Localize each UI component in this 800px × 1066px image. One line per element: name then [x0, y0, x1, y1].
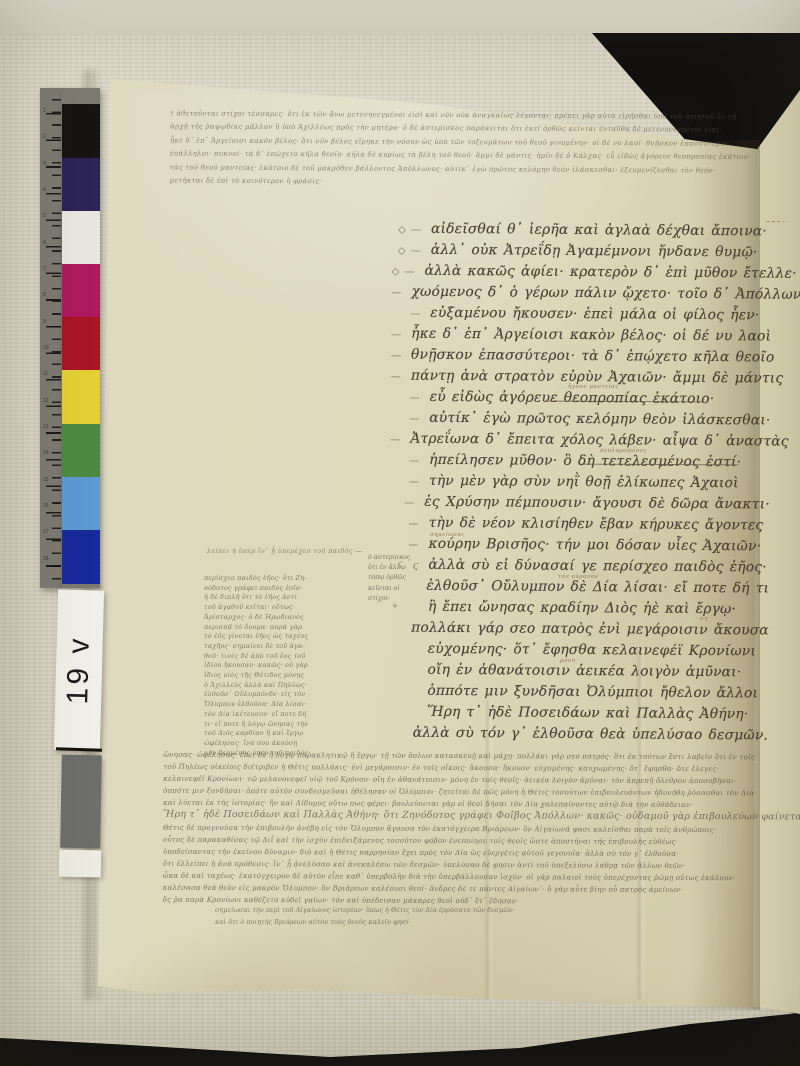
verse-line: ◇ — αἰδεῖσθαί θ᾽ ἱερῆα καὶ ἀγλαὰ δέχθαι … [392, 221, 772, 245]
left-scholia-block: περίσχεο παιδὸς ἑῆος· ὅτι Ζη-νόδοτος γρά… [204, 574, 360, 758]
critical-sign: — [390, 435, 401, 446]
critical-sign: — [391, 288, 402, 299]
scholia-line: καὶ ὅτι ὁ ποιητὴς Βριάρεων αὐτὸν τοὺς θε… [215, 917, 560, 929]
verse-line: — κούρην Βρισῆος· τήν μοι δόσαν υἷες Ἀχα… [389, 536, 769, 560]
scholia-line: τι· εἴ ποτε ἢ λόγῳ ὤνησας τὴν [204, 720, 360, 730]
ruler-number: 13 [43, 424, 49, 430]
verse-text: ἀλλὰ σὺ τόν γ᾽ ἐλθοῦσα θεὰ ὑπελύσαο δεσμ… [413, 725, 768, 744]
color-patch [62, 317, 100, 370]
verse-text: αἰδεῖσθαί θ᾽ ἱερῆα καὶ ἀγλαὰ δέχθαι ἄποι… [431, 221, 767, 240]
ruler-number: 11 [43, 371, 48, 377]
critical-sign: — [390, 414, 420, 425]
verse-text: οἴη ἐν ἀθανάτοισιν ἀεικέα λοιγὸν ἀμῦναι· [427, 662, 741, 680]
critical-sign: — [390, 498, 416, 509]
scholia-line: τὸν Δία ἱκέτευσον· εἴ ποτε δή [204, 710, 360, 720]
verse-text: τὴν δὲ νέον κλισίηθεν ἔβαν κήρυκες ἄγοντ… [429, 515, 764, 534]
verse-text: εὐξαμένου ἤκουσεν· ἐπεὶ μάλα οἱ φίλος ἦε… [430, 305, 759, 324]
folio-number: 19 v [61, 635, 97, 705]
ruler-number: 12 [43, 398, 49, 404]
verse-text: ὁππότε μιν ξυνδῆσαι Ὀλύμπιοι ἤθελον ἄλλο… [427, 683, 758, 702]
ruler-number: 16 [43, 503, 49, 509]
critical-sign: — [390, 519, 420, 530]
side-note-line: κεῖνται οἱ [368, 584, 438, 594]
scholia-line: σημείωσαι τὴν περὶ τοῦ Αἰγαίωνος ἱστορία… [215, 905, 560, 917]
bottom-scholia-tail: σημείωσαι τὴν περὶ τοῦ Αἰγαίωνος ἱστορία… [215, 905, 560, 928]
verse-line: — Ἀτρεΐωνα δ᾽ ἔπειτα χόλος λάβεν· αἶψα δ… [390, 431, 770, 455]
scholia-line: Ἀρίσταρχος· ὁ δὲ Ἡρωδιανὸς [204, 613, 360, 623]
scholia-line: ἰδίου ἤκουσαν· κακῶς· οὐ γὰρ [204, 661, 360, 671]
folio-label: 19 v [54, 589, 104, 750]
scholia-line: περισπᾷ τὸ ὄνομα· παρὰ γὰρ [204, 623, 360, 633]
verse-text: εὐχομένης· ὅτ᾽ ἔφησθα κελαινεφέϊ Κρονίων… [428, 641, 756, 660]
verse-line: οἴη ἐν ἀθανάτοισιν ἀεικέα λοιγὸν ἀμῦναι· [388, 662, 768, 686]
ruler-number: 4 [43, 187, 46, 193]
critical-sign: ◇ — [392, 225, 422, 236]
scholia-line: ὁ Ἀχιλλεὺς ἀλλὰ καὶ Πηλέως· [204, 681, 360, 691]
verse-line: ἢ ἔπει ὤνησας κραδίην Διὸς ἠὲ καὶ ἔργῳ· [389, 599, 769, 623]
bottom-scholia-block: ὤνησας· ὠφέλησας· ἔπει δὲ ἢ λόγῳ παρακλη… [163, 749, 761, 909]
critical-sign: — [391, 372, 402, 383]
color-patch [62, 477, 100, 530]
verse-line: πολλάκι γάρ σεο πατρὸς ἐνὶ μεγάροισιν ἄκ… [389, 620, 769, 644]
critical-sign: — [391, 351, 402, 362]
scholia-line: ἡ δὲ διπλῆ ὅτι τὸ ἑῆος ἀντὶ [204, 593, 360, 603]
scholia-line: ἐλθοῦσ᾽ Οὔλυμπόνδε· εἰς τὸν [204, 690, 360, 700]
ruler-number: 18 [43, 556, 49, 562]
ruler-number: 17 [43, 529, 49, 535]
verse-text: ἀλλὰ σὺ εἰ δύνασαί γε περίσχεο παιδὸς ἑῆ… [428, 557, 767, 576]
color-patch [62, 158, 100, 211]
critical-sign: — [391, 393, 421, 404]
ruler-number: 14 [43, 450, 49, 456]
verse-line: — εὐξαμένου ἤκουσεν· ἐπεὶ μάλα οἱ φίλος … [391, 305, 771, 329]
critical-sign: — [389, 540, 419, 551]
ruler-number: 5 [43, 213, 46, 219]
verse-line: — θνῇσκον ἐπασσύτεροι· τὰ δ᾽ ἐπῴχετο κῆλ… [391, 347, 771, 371]
verse-text: θνῇσκον ἐπασσύτεροι· τὰ δ᾽ ἐπῴχετο κῆλα … [411, 347, 775, 366]
verse-line: ὁππότε μιν ξυνδῆσαι Ὀλύμπιοι ἤθελον ἄλλο… [388, 683, 768, 707]
verse-text: ἐλθοῦσ᾽ Οὔλυμπον δὲ Δία λίσαι· εἴ ποτε δ… [426, 578, 769, 597]
ruler-number: 1 [43, 108, 46, 114]
verse-line: — ἧκε δ᾽ ἐπ᾽ Ἀργείοισι κακὸν βέλος· οἱ δ… [391, 326, 771, 350]
scholia-line: θοῦ· τινὲς δὲ ἀπὸ τοῦ ἕος τοῦ [204, 652, 360, 662]
critical-sign: — [391, 330, 402, 341]
gray-card-strip [60, 755, 102, 849]
color-calibration-bar [62, 88, 100, 588]
color-patch [62, 370, 100, 424]
verse-text: ἠπείλησεν μῦθον· ὃ δὴ τετελεσμένος ἐστί· [429, 452, 741, 470]
verse-line: — χωόμενος δ᾽ ὁ γέρων πάλιν ᾤχετο· τοῖο … [391, 284, 771, 308]
critical-sign: ◇ — [392, 267, 416, 278]
interlinear-gloss: σημείωσαι [430, 532, 464, 538]
interlinear-gloss: ση [700, 616, 708, 622]
verse-text: κούρην Βρισῆος· τήν μοι δόσαν υἷες Ἀχαιῶ… [428, 536, 761, 555]
verse-text: ἀλλ᾽ οὐκ Ἀτρεΐδῃ Ἀγαμέμνονι ἥνδανε θυμῷ· [431, 242, 758, 261]
scholia-line: τοῦ Διὸς καρδίαν ἢ καὶ ἔργῳ [204, 729, 360, 739]
interlinear-gloss: τὸν οὐρανόν [558, 574, 599, 580]
critical-sign: — [390, 477, 420, 488]
side-note-line: στίχοι· [368, 594, 438, 604]
ruler-number: 6 [43, 240, 46, 246]
scholia-line: τοῦ ἀγαθοῦ κεῖται· οὕτως [204, 603, 360, 613]
verse-line: ἐλθοῦσ᾽ Οὔλυμπον δὲ Δία λίσαι· εἴ ποτε δ… [389, 578, 769, 602]
verse-text: Ἀτρεΐωνα δ᾽ ἔπειτα χόλος λάβεν· αἶψα δ᾽ … [410, 431, 788, 450]
ruler-major-ticks [46, 88, 61, 588]
cloth-top-highlight [0, 0, 800, 34]
scholia-line: περίσχεο παιδὸς ἑῆος· ὅτι Ζη- [204, 574, 360, 584]
scholia-line: ὠφέλησας· ἵνα σου ἀκούσῃ [204, 739, 360, 749]
white-card-strip [59, 850, 101, 878]
scholia-line: Ὄλυμπον ἐλθοῦσα· Δία λίσαι· [204, 700, 360, 710]
color-patch [62, 264, 100, 317]
verse-text: ἀλλὰ κακῶς ἀφίει· κρατερὸν δ᾽ ἐπὶ μῦθον … [424, 263, 796, 282]
verse-line: ἀλλὰ σὺ τόν γ᾽ ἐλθοῦσα θεὰ ὑπελύσαο δεσμ… [388, 725, 768, 749]
verse-text: ἢ ἔπει ὤνησας κραδίην Διὸς ἠὲ καὶ ἔργῳ· [428, 599, 736, 617]
side-note-line: ὁ ἀστερίσκος [368, 553, 438, 563]
verse-line: ◇ — ἀλλ᾽ οὐκ Ἀτρεΐδῃ Ἀγαμέμνονι ἥνδανε θ… [392, 242, 772, 266]
verse-text: ἐς Χρύσην πέμπουσιν· ἄγουσι δὲ δῶρα ἄνακ… [424, 494, 770, 513]
ruler-number: 3 [43, 161, 46, 167]
verse-text: τὴν μὲν γὰρ σὺν νηῒ θοῇ ἑλίκωπες Ἀχαιοὶ [429, 473, 739, 491]
side-note-block: ὁ ἀστερίσκοςὅτι ἐν ἄλλῳτόπῳ ὀρθῶςκεῖνται… [368, 553, 438, 604]
verse-line: εὐχομένης· ὅτ᾽ ἔφησθα κελαινεφέϊ Κρονίων… [389, 641, 769, 665]
left-scholia-intro: λείπει ἡ ὑπέρ ἵν᾽ ᾖ ὑπερέχεο τοῦ παιδός … [207, 547, 362, 555]
scholia-line: ἴδιος υἱὸς τῆς Θέτιδος μόνης [204, 671, 360, 681]
ruler-number: 7 [43, 266, 46, 272]
scholia-line: ταχῆος· σημαίνει δὲ τοῦ ἀγα- [204, 642, 360, 652]
verse-text: πολλάκι γάρ σεο πατρὸς ἐνὶ μεγάροισιν ἄκ… [411, 620, 769, 639]
verse-line: Ἥρη τ᾽ ἠδὲ Ποσειδάων καὶ Παλλὰς Ἀθήνη· [388, 704, 768, 728]
verse-text: αὐτίκ᾽ ἐγὼ πρῶτος κελόμην θεὸν ἱλάσκεσθα… [429, 410, 770, 429]
critical-sign: — [391, 309, 421, 320]
main-text-column: ◇ — αἰδεῖσθαί θ᾽ ἱερῆα καὶ ἀγλαὰ δέχθαι … [388, 221, 772, 749]
interlinear-gloss: ἤγουν μαντείας [568, 384, 619, 390]
ruler-number: 15 [43, 477, 49, 483]
color-patch [62, 211, 100, 264]
side-note-line: τόπῳ ὀρθῶς [368, 573, 438, 583]
critical-sign: ◇ — [392, 246, 422, 257]
verse-line: — τὴν μὲν γὰρ σὺν νηῒ θοῇ ἑλίκωπες Ἀχαιο… [390, 473, 770, 497]
critical-sign: — [390, 456, 420, 467]
scale-ruler: 123456789101112131415161718 [40, 88, 62, 588]
verse-text: Ἥρη τ᾽ ἠδὲ Ποσειδάων καὶ Παλλὰς Ἀθήνη· [427, 704, 748, 723]
side-note-line: ὅτι ἐν ἄλλῳ [368, 563, 438, 573]
scholia-line: νόδοτος γράφει παιδὸς ἑοῖο· [204, 584, 360, 594]
scholia-line: τὸ ἐῢς γίνεται ἐῆος ὡς ταχέος [204, 632, 360, 642]
manuscript-photo: ∼∼∼∼∼∼∼∼∼∼∼∼ † ἀθετοῦνται στίχοι τέσσαρε… [0, 0, 800, 1066]
verse-line: — αὐτίκ᾽ ἐγὼ πρῶτος κελόμην θεὸν ἱλάσκεσ… [390, 410, 770, 434]
ruler-number: 8 [43, 292, 46, 298]
verse-text: χωόμενος δ᾽ ὁ γέρων πάλιν ᾤχετο· τοῖο δ᾽… [411, 284, 800, 303]
color-patch [62, 530, 100, 584]
ruler-number: 10 [43, 345, 49, 351]
ruler-number: 2 [43, 134, 46, 140]
verse-line: ◇ — ἀλλὰ κακῶς ἀφίει· κρατερὸν δ᾽ ἐπὶ μῦ… [392, 263, 772, 287]
verse-text: ἧκε δ᾽ ἐπ᾽ Ἀργείοισι κακὸν βέλος· οἱ δέ … [411, 326, 771, 345]
color-patch [62, 424, 100, 477]
color-patch [62, 104, 100, 158]
interlinear-gloss: πεπληρωμένος [600, 448, 647, 454]
top-scholia-block: † ἀθετοῦνται στίχοι τέσσαρες· ὅτι ἐκ τῶν… [170, 107, 715, 191]
verse-line: — ἐς Χρύσην πέμπουσιν· ἄγουσι δὲ δῶρα ἄν… [390, 494, 770, 518]
verse-text: εὖ εἰδὼς ἀγόρευε θεοπροπίας ἑκάτοιο· [430, 389, 715, 407]
interlinear-gloss: μόνη [560, 658, 576, 664]
ruler-number: 9 [43, 319, 46, 325]
